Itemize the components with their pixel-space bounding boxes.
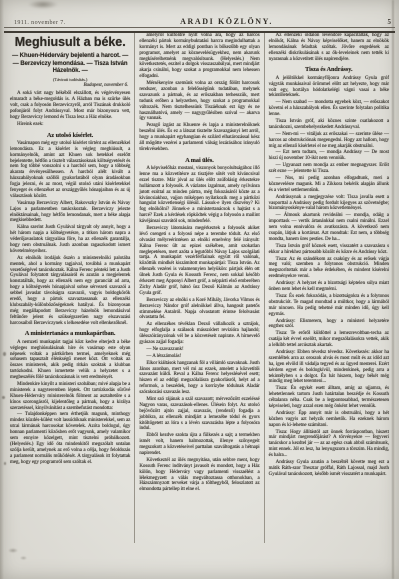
paragraph: Vasárnapon még egy utolsó kísérlet törté… [10,141,130,200]
paragraph: A nemzeti munkapárt tagjai közt kedve el… [10,340,130,381]
paragraph: Kálna szerint Justh Gyulával tárgyalt ol… [10,225,130,254]
paragraph: A soká várt nagy békéből elszállott, és … [10,91,130,120]
paragraph: Berzeviczy az elnöki s a Koré Mihály, Já… [139,298,259,322]
scan-mark [20,556,27,560]
paragraph: A jelöltökkel kormányfőjonra Andrássy Gy… [269,76,389,100]
page-number: 5 [388,18,392,26]
paragraph: Andrássy: Elismerem, hogy a ministeri he… [269,319,389,331]
paragraph: Híreink ezek: [10,122,130,128]
paragraph: Tisza: Hogy állítástól azt önnek forrásp… [269,430,389,459]
issue-date: 1911. november 7. [14,20,66,26]
news-column-3: Az ellenzéki oldalon levendőre kapacitál… [264,33,393,543]
paragraph: — Nem-mi — vitáljuk az erőszakai — szeri… [269,132,389,150]
section-heading: Tisza és Andrássy. [269,66,389,73]
paragraph: — A létszámolás! [139,354,259,360]
dateline: Budapest, november 6. [10,83,128,89]
article-headline: Meghiusult a béke. [10,35,130,50]
news-column-1: Meghiusult a béke.— Khuen-Héderváry beje… [6,33,134,517]
paragraph: Berzeviczy látomására megérkeztek a foly… [139,226,259,297]
scan-speck [2,396,5,399]
column-container: Meghiusult a béke.— Khuen-Héderváry beje… [6,33,393,543]
paragraph: Andrássy Gyula azután a beszéltél követt… [269,460,389,478]
paragraph: — Nos, mi pedig azonban elfogadtunk, mer… [269,176,389,194]
paragraph: Tisza István gróf köznek esett, visszaté… [269,244,389,256]
paragraph: Ebből kezdve szokta újra a fülkezés a sa… [139,433,259,457]
paragraph: Mindenkire kinyílt a ministeri szobában;… [10,382,130,411]
paragraph: Pezsgő izgást az Khuenre és lapja a mini… [139,123,259,152]
paragraph: Andrássynak a megjegyzése volt: Tisza ja… [269,195,389,213]
paragraph: Vasárnap Berzeviczy Albert, Rakovszky Is… [10,201,130,225]
paragraph: — Ne szavazzunk! [139,347,259,353]
telegraph-note: (Távirati tudósítás.) [10,77,130,82]
news-column-2: amelyről külföldre nyílt volna ára, hogy… [134,33,263,543]
paragraph: — Nem szabad — mondotta egyebek közt, — … [269,100,389,118]
paragraph: — Ugyanazt nem mondja az ember megnagysz… [269,163,389,175]
paragraph: A képviselőház mostani, viszonyok bonyol… [139,166,259,225]
paragraph: Tisza: És ezek fokozódás, a bizottságokr… [269,294,389,318]
paragraph: Az elnökök irodájuk őszén a ministerelnö… [10,256,130,327]
paragraph: — Álmouk akartunk revideálni — mondja, o… [269,213,389,242]
paragraph: — Ezt nem tudtam, — mondja Andrássy — De… [269,150,389,162]
article-subhead: — Berzeviczy lemondása. — Tisza István H… [10,61,130,75]
section-heading: A ministertanács a munkapártban. [10,330,130,337]
paragraph: Mérsékenyire szemünk volna az ország föl… [139,81,259,122]
article-subhead: — Khuen-Héderváry bejelenti a harcot. — [10,53,130,60]
paragraph: Mint szó rájának a szál szavazott; mérve… [139,397,259,432]
paragraph: Tisza István gróf, aki köznes szinte csa… [269,119,389,131]
paragraph: amelyről külföldre nyílt volna ára, hogy… [139,33,259,80]
paragraph: Az ellenzékes tévéklan Dezső vállalkozik… [139,322,259,346]
newspaper-page: 1911. november 7. ARADI KÖZLÖNY. 5 Meghi… [0,0,399,579]
paragraph: — Tulajdonképpen nem érthetjük magunk, m… [10,412,130,465]
scan-smudge [28,0,58,9]
masthead-title: ARADI KÖZLÖNY. [180,17,273,26]
page-left-edge [0,0,4,579]
paragraph: Következtél az ülés megnyitása, után seb… [139,458,259,493]
paragraph: Andrássy: Épp annyit már is obstruálni, … [269,411,389,429]
paragraph: Andrássy: A helyzet és a bizottsági képt… [269,281,389,293]
paragraph: Az ellenzéki oldalon levendőre kapacitál… [269,33,389,62]
section-heading: A mai ülés. [139,157,259,164]
paragraph: Andrássy: Ebben tévedsz tévedsz. Követke… [269,350,389,385]
scan-mark [8,548,18,553]
paragraph: Tisza: Te erőről küldöttel a lemezrevolt… [269,331,389,349]
paragraph: Elkor kiáltások hangzanak föl a villámló… [139,361,259,396]
paragraph: Tisza: Az én szándékom az csakúgy és az … [269,257,389,281]
section-heading: Az utolsó kísérlet. [10,132,130,139]
page-header: 1911. november 7. ARADI KÖZLÖNY. 5 [14,12,391,26]
paragraph: Tisza: Én egykét esett álltam, amíg az u… [269,386,389,410]
